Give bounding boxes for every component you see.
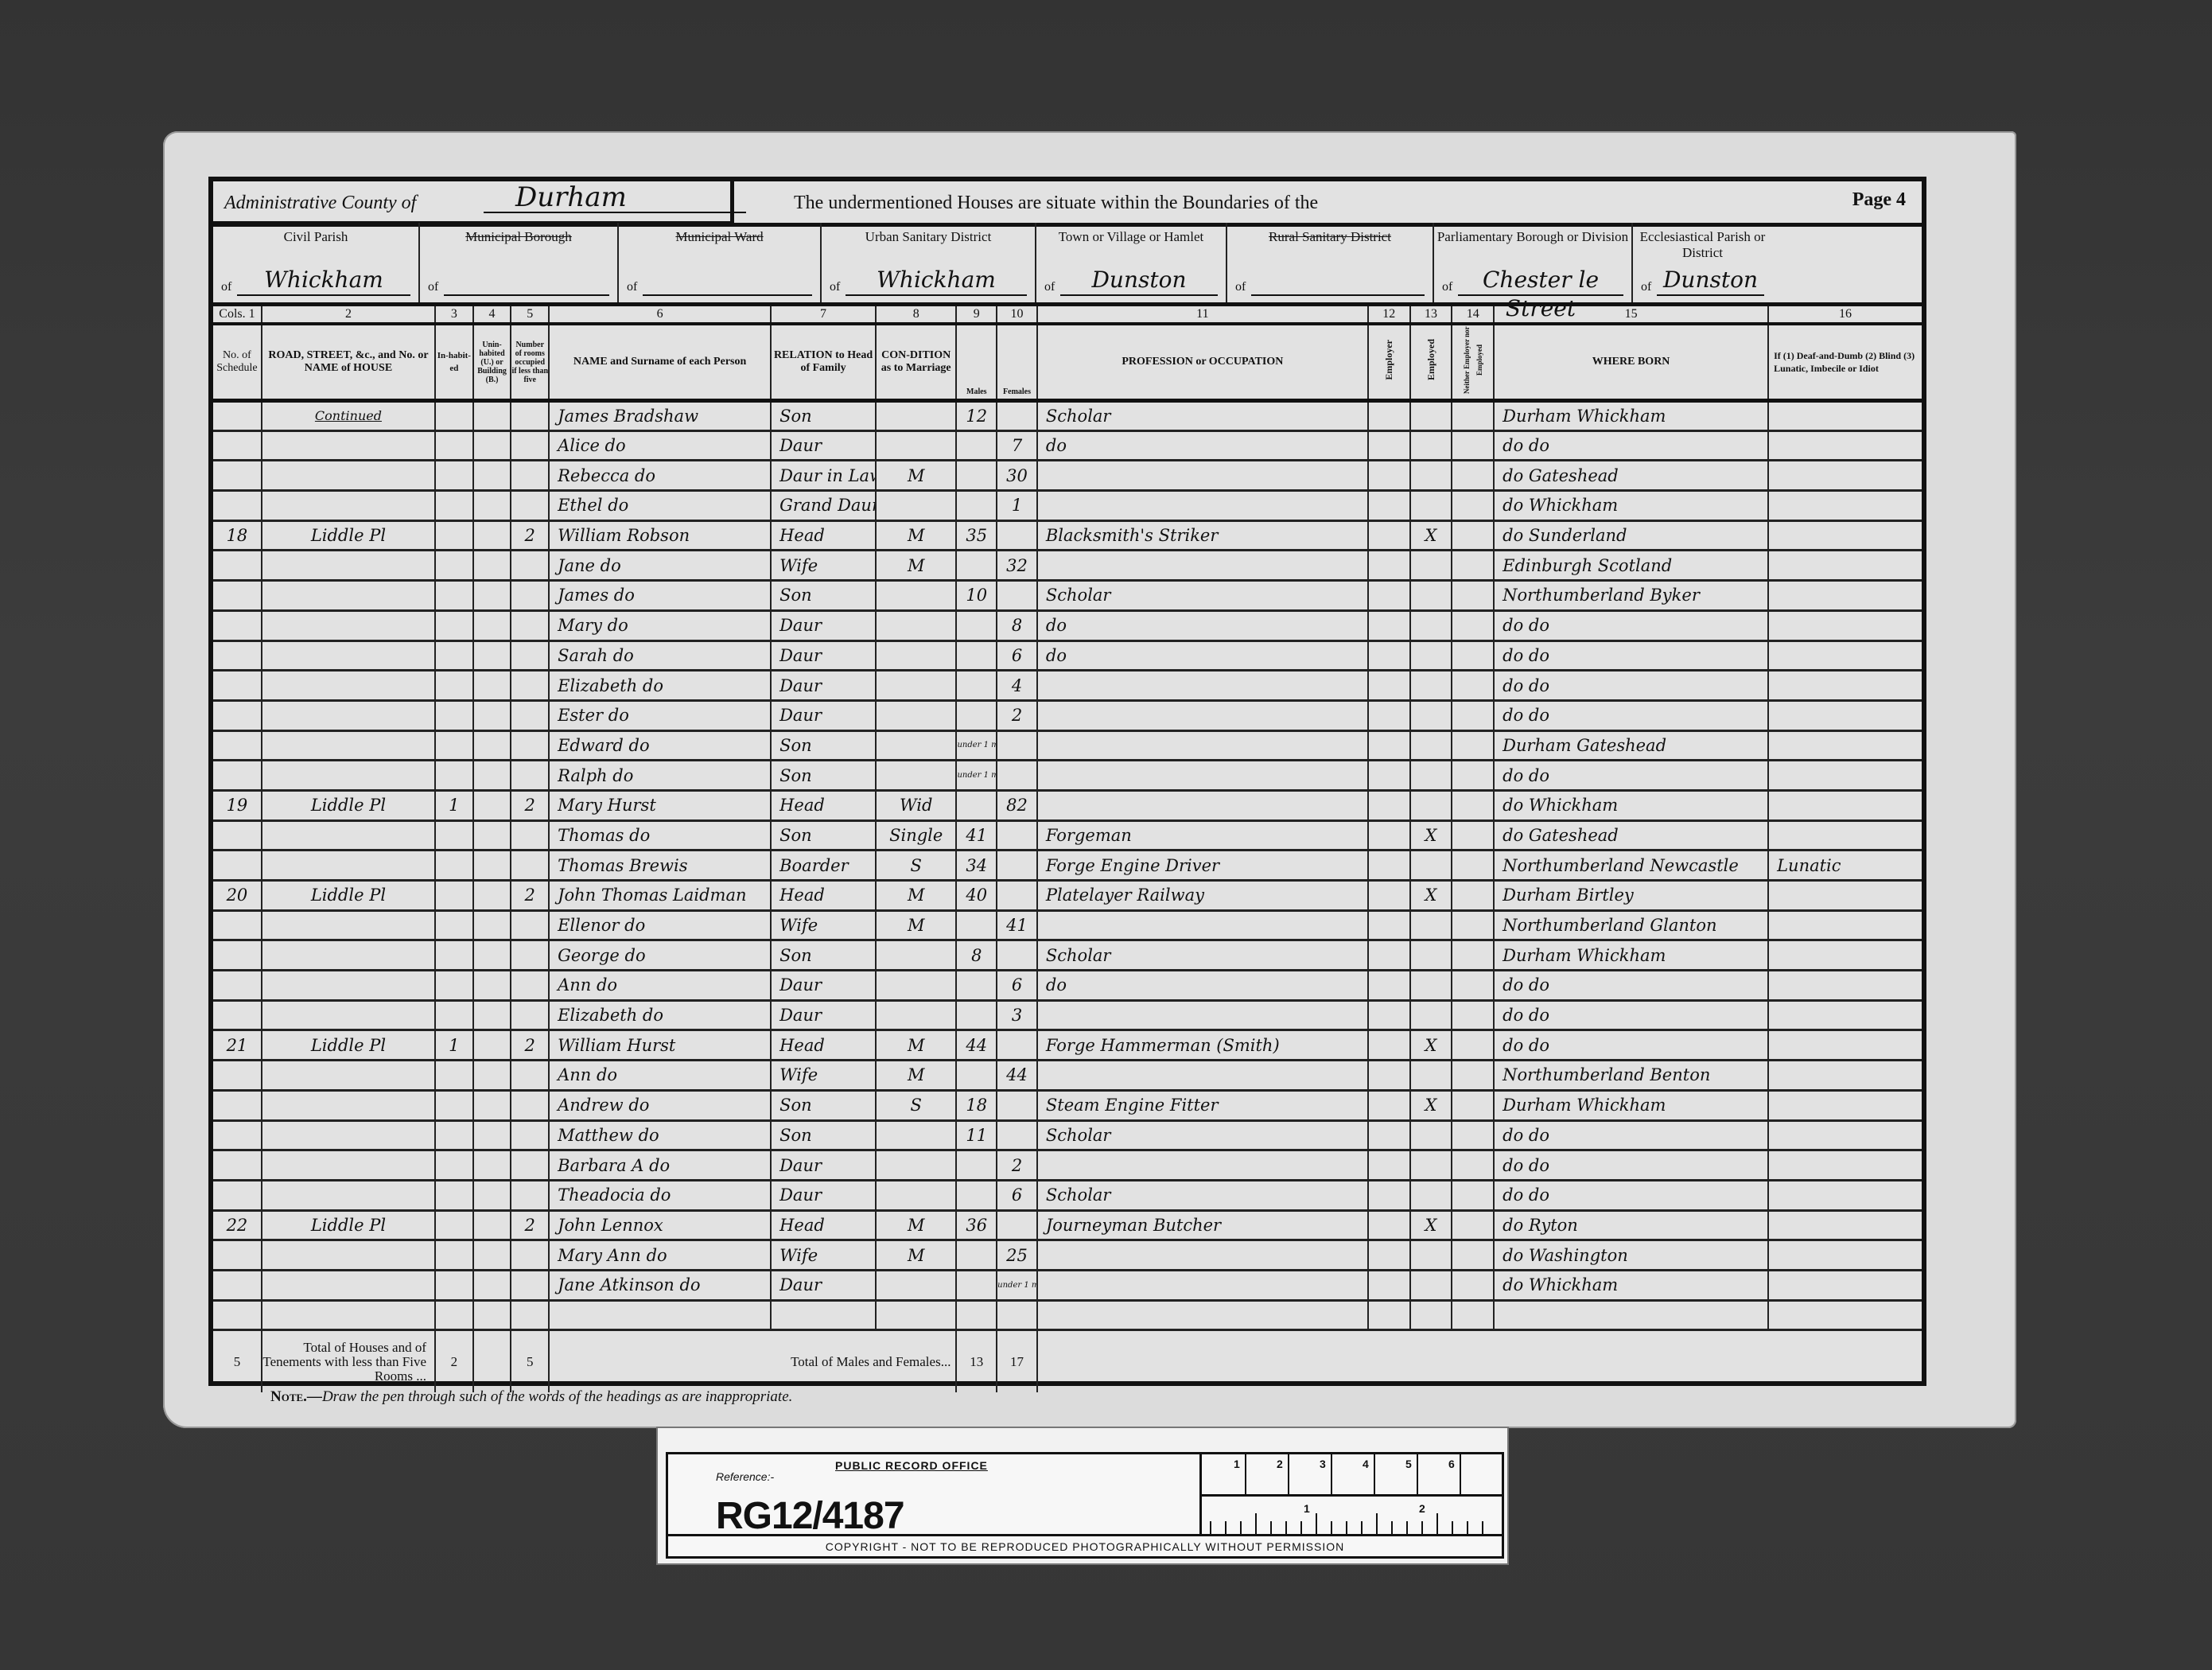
cell-condition xyxy=(876,401,956,431)
ruler-tick xyxy=(1421,1521,1423,1534)
cell-uninh xyxy=(473,671,511,701)
reference-label: Reference:- xyxy=(716,1470,774,1483)
ruler-cm-label: 4 xyxy=(1363,1458,1369,1470)
cell-rooms xyxy=(511,461,549,491)
division-of: of xyxy=(1235,280,1246,294)
cell-born: do do xyxy=(1494,671,1768,701)
cell-relation: Head xyxy=(771,1030,876,1061)
cell-employer xyxy=(1368,1000,1410,1030)
cell-uninh xyxy=(473,520,511,551)
cell-relation: Daur xyxy=(771,640,876,671)
heading-employer-text: Employer xyxy=(1382,340,1395,380)
cell-name: Elizabeth do xyxy=(549,1000,771,1030)
cell-employer xyxy=(1368,1270,1410,1300)
cell-inh xyxy=(435,491,473,521)
cell-infirmity xyxy=(1768,1030,1922,1061)
cell-female-age xyxy=(997,1300,1037,1330)
cell-employed xyxy=(1410,1270,1452,1300)
cell-male-age xyxy=(956,790,997,820)
cell-neither xyxy=(1452,881,1494,911)
table-row: Ester doDaur2do do xyxy=(213,700,1922,730)
total-uninhabited xyxy=(473,1330,511,1392)
cell-female-age xyxy=(997,581,1037,611)
cell-employer xyxy=(1368,790,1410,820)
cell-rooms: 2 xyxy=(511,790,549,820)
ruler-tick xyxy=(1240,1521,1242,1534)
cell-relation: Head xyxy=(771,1210,876,1240)
cell-inh xyxy=(435,881,473,911)
cell-uninh xyxy=(473,430,511,461)
cell-occupation xyxy=(1037,761,1368,791)
cell-address: Continued xyxy=(262,401,435,431)
cell-name: Ann do xyxy=(549,1061,771,1091)
boundaries-text: The undermentioned Houses are situate wi… xyxy=(794,193,1318,214)
cell-name: John Lennox xyxy=(549,1210,771,1240)
cell-condition xyxy=(876,1270,956,1300)
cell-inh xyxy=(435,971,473,1001)
cell-born: Northumberland Glanton xyxy=(1494,910,1768,940)
cell-rooms xyxy=(511,640,549,671)
cell-condition xyxy=(876,491,956,521)
cell-born: Durham Gateshead xyxy=(1494,730,1768,761)
cell-address: Liddle Pl xyxy=(262,520,435,551)
cell-employer xyxy=(1368,1120,1410,1150)
cell-address: Liddle Pl xyxy=(262,790,435,820)
cell-employed xyxy=(1410,491,1452,521)
cell-address xyxy=(262,581,435,611)
ruler-tick xyxy=(1285,1521,1287,1534)
cell-infirmity xyxy=(1768,1270,1922,1300)
cell-relation: Boarder xyxy=(771,851,876,881)
cell-female-age: 82 xyxy=(997,790,1037,820)
cell-neither xyxy=(1452,520,1494,551)
cell-schedule: 19 xyxy=(213,790,262,820)
table-row: Jane doWifeM32Edinburgh Scotland xyxy=(213,551,1922,581)
cell-employer xyxy=(1368,1210,1410,1240)
cell-born: do Whickham xyxy=(1494,491,1768,521)
heading-born: WHERE BORN xyxy=(1494,324,1768,401)
ruler-inch-label: 2 xyxy=(1419,1502,1425,1515)
cell-employer xyxy=(1368,1180,1410,1210)
cell-employed xyxy=(1410,790,1452,820)
cell-address xyxy=(262,1000,435,1030)
cell-infirmity xyxy=(1768,761,1922,791)
cell-uninh xyxy=(473,1000,511,1030)
cell-uninh xyxy=(473,401,511,431)
cell-employed xyxy=(1410,940,1452,971)
cell-male-age: 8 xyxy=(956,940,997,971)
colnum-8: 8 xyxy=(876,306,956,324)
table-row: 19Liddle Pl12Mary HurstHeadWid82do Whick… xyxy=(213,790,1922,820)
cell-male-age: 34 xyxy=(956,851,997,881)
table-row: Alice doDaur7dodo do xyxy=(213,430,1922,461)
cell-condition xyxy=(876,640,956,671)
heading-neither-text: Neither Employer nor Employed xyxy=(1460,325,1486,395)
cell-occupation: Scholar xyxy=(1037,581,1368,611)
table-row: Andrew doSonS18Steam Engine FitterXDurha… xyxy=(213,1090,1922,1120)
cell-inh xyxy=(435,640,473,671)
cell-infirmity xyxy=(1768,940,1922,971)
cell-inh xyxy=(435,851,473,881)
cell-occupation: Journeyman Butcher xyxy=(1037,1210,1368,1240)
cell-schedule xyxy=(213,1300,262,1330)
cell-inh xyxy=(435,1180,473,1210)
cell-infirmity xyxy=(1768,1090,1922,1120)
cell-relation: Son xyxy=(771,401,876,431)
cell-relation: Grand Daur xyxy=(771,491,876,521)
heading-condition: CON-DITION as to Marriage xyxy=(876,324,956,401)
colnum-7: 7 xyxy=(771,306,876,324)
cell-inh xyxy=(435,401,473,431)
cell-relation: Wife xyxy=(771,551,876,581)
ruler-cm-label: 3 xyxy=(1320,1458,1326,1470)
division-title: Civil Parish xyxy=(213,229,418,245)
cell-rooms xyxy=(511,581,549,611)
cell-condition: Wid xyxy=(876,790,956,820)
colnum-11: 11 xyxy=(1037,306,1368,324)
cell-employer xyxy=(1368,730,1410,761)
cell-condition xyxy=(876,1150,956,1181)
cell-occupation xyxy=(1037,1300,1368,1330)
cell-infirmity xyxy=(1768,520,1922,551)
cell-rooms xyxy=(511,910,549,940)
cell-male-age xyxy=(956,461,997,491)
division-value: Dunston xyxy=(1657,266,1764,296)
cell-name: James Bradshaw xyxy=(549,401,771,431)
cell-relation: Daur xyxy=(771,1180,876,1210)
cell-female-age: 44 xyxy=(997,1061,1037,1091)
cell-inh xyxy=(435,1300,473,1330)
cell-name: Ralph do xyxy=(549,761,771,791)
division-value: Whickham xyxy=(237,266,410,296)
cell-employer xyxy=(1368,940,1410,971)
cell-condition: M xyxy=(876,881,956,911)
cell-occupation: Scholar xyxy=(1037,1120,1368,1150)
cell-schedule xyxy=(213,971,262,1001)
total-persons-label: Total of Males and Females... xyxy=(549,1330,956,1392)
cell-employer xyxy=(1368,491,1410,521)
cell-condition xyxy=(876,971,956,1001)
cell-schedule: 21 xyxy=(213,1030,262,1061)
cell-relation: Head xyxy=(771,881,876,911)
copyright-notice: COPYRIGHT - NOT TO BE REPRODUCED PHOTOGR… xyxy=(668,1534,1502,1557)
table-row: ContinuedJames BradshawSon12ScholarDurha… xyxy=(213,401,1922,431)
ruler-inch-label: 1 xyxy=(1304,1502,1310,1515)
cell-relation: Daur xyxy=(771,1000,876,1030)
cell-uninh xyxy=(473,940,511,971)
cell-relation: Head xyxy=(771,790,876,820)
cell-employer xyxy=(1368,1150,1410,1181)
cell-employer xyxy=(1368,910,1410,940)
cell-schedule xyxy=(213,820,262,851)
cell-rooms xyxy=(511,430,549,461)
cell-address: Liddle Pl xyxy=(262,1030,435,1061)
colnum-5: 5 xyxy=(511,306,549,324)
cell-born: do do xyxy=(1494,430,1768,461)
cell-address xyxy=(262,430,435,461)
cell-employer xyxy=(1368,551,1410,581)
cell-relation: Daur xyxy=(771,971,876,1001)
cell-female-age: 32 xyxy=(997,551,1037,581)
heading-uninhabited: Unin-habited (U.) or Building (B.) xyxy=(473,324,511,401)
cell-infirmity xyxy=(1768,671,1922,701)
cell-employed xyxy=(1410,640,1452,671)
division-0: Civil ParishofWhickham xyxy=(213,223,420,302)
cell-employer xyxy=(1368,1240,1410,1271)
cell-female-age: 30 xyxy=(997,461,1037,491)
cell-inh xyxy=(435,1120,473,1150)
cell-born: do do xyxy=(1494,1150,1768,1181)
cell-rooms: 2 xyxy=(511,1210,549,1240)
heading-employed: Employed xyxy=(1410,324,1452,401)
heading-inhabited: In-habit-ed xyxy=(435,324,473,401)
cell-female-age: 6 xyxy=(997,640,1037,671)
cell-female-age: 6 xyxy=(997,971,1037,1001)
cell-neither xyxy=(1452,1000,1494,1030)
cell-name: Mary Ann do xyxy=(549,1240,771,1271)
cell-employed: X xyxy=(1410,1210,1452,1240)
cell-schedule xyxy=(213,761,262,791)
cell-born: do do xyxy=(1494,700,1768,730)
ruler-cm-label: 5 xyxy=(1405,1458,1412,1470)
colnum-3: 3 xyxy=(435,306,473,324)
cell-condition xyxy=(876,1120,956,1150)
cell-address xyxy=(262,1120,435,1150)
cell-employed xyxy=(1410,730,1452,761)
division-value xyxy=(1251,266,1425,296)
colnum-4: 4 xyxy=(473,306,511,324)
table-row: Mary Ann doWifeM25do Washington xyxy=(213,1240,1922,1271)
cell-uninh xyxy=(473,971,511,1001)
cell-male-age: under 1 mo xyxy=(956,761,997,791)
cell-neither xyxy=(1452,1061,1494,1091)
cell-female-age xyxy=(997,1120,1037,1150)
cell-employed xyxy=(1410,1120,1452,1150)
cell-relation: Son xyxy=(771,820,876,851)
cell-rooms xyxy=(511,971,549,1001)
division-of: of xyxy=(221,280,231,294)
cell-relation: Daur xyxy=(771,700,876,730)
cell-infirmity xyxy=(1768,430,1922,461)
cell-occupation xyxy=(1037,1150,1368,1181)
cell-inh xyxy=(435,610,473,640)
cell-condition: M xyxy=(876,1240,956,1271)
cell-female-age: 41 xyxy=(997,910,1037,940)
cell-name: John Thomas Laidman xyxy=(549,881,771,911)
division-of: of xyxy=(627,280,637,294)
table-row xyxy=(213,1300,1922,1330)
division-of: of xyxy=(1641,280,1651,294)
cell-female-age: 8 xyxy=(997,610,1037,640)
table-row: Ann doDaur6dodo do xyxy=(213,971,1922,1001)
cell-occupation xyxy=(1037,700,1368,730)
cell-occupation xyxy=(1037,1270,1368,1300)
cell-employed xyxy=(1410,610,1452,640)
table-row: 21Liddle Pl12William HurstHeadM44Forge H… xyxy=(213,1030,1922,1061)
division-3: Urban Sanitary DistrictofWhickham xyxy=(822,223,1036,302)
cell-occupation: Blacksmith's Striker xyxy=(1037,520,1368,551)
cell-name: Edward do xyxy=(549,730,771,761)
division-value: Whickham xyxy=(846,266,1027,296)
cell-relation: Wife xyxy=(771,910,876,940)
cell-infirmity xyxy=(1768,491,1922,521)
cell-employed xyxy=(1410,1240,1452,1271)
cell-infirmity xyxy=(1768,640,1922,671)
scale-ruler: 12345612 xyxy=(1199,1454,1503,1534)
cell-male-age: under 1 mo xyxy=(956,730,997,761)
cell-female-age xyxy=(997,401,1037,431)
division-of: of xyxy=(1442,280,1452,294)
cell-born: do do xyxy=(1494,971,1768,1001)
cell-relation: Daur xyxy=(771,610,876,640)
cell-born: do Gateshead xyxy=(1494,820,1768,851)
cell-rooms xyxy=(511,1150,549,1181)
cell-neither xyxy=(1452,640,1494,671)
cell-inh xyxy=(435,910,473,940)
cell-infirmity xyxy=(1768,820,1922,851)
cell-condition xyxy=(876,730,956,761)
form-header: Administrative County of Durham The unde… xyxy=(213,181,1922,227)
cell-female-age: 3 xyxy=(997,1000,1037,1030)
heading-infirmity: If (1) Deaf-and-Dumb (2) Blind (3) Lunat… xyxy=(1768,324,1922,401)
cell-uninh xyxy=(473,1061,511,1091)
cell-neither xyxy=(1452,1090,1494,1120)
cell-address xyxy=(262,1180,435,1210)
cell-uninh xyxy=(473,881,511,911)
cell-occupation xyxy=(1037,730,1368,761)
cell-female-age: 25 xyxy=(997,1240,1037,1271)
table-row: Thomas doSonSingle41ForgemanXdo Gateshea… xyxy=(213,820,1922,851)
cell-schedule xyxy=(213,1090,262,1120)
reference-code: RG12/4187 xyxy=(716,1494,904,1538)
cell-relation: Daur xyxy=(771,1150,876,1181)
colnum-6: 6 xyxy=(549,306,771,324)
division-6: Parliamentary Borough or DivisionofChest… xyxy=(1434,223,1633,302)
census-form: Administrative County of Durham The unde… xyxy=(208,177,1926,1386)
division-value xyxy=(444,266,609,296)
cell-rooms xyxy=(511,671,549,701)
cell-condition: M xyxy=(876,1061,956,1091)
heading-name: NAME and Surname of each Person xyxy=(549,324,771,401)
cell-uninh xyxy=(473,461,511,491)
table-row: Ralph doSonunder 1 modo do xyxy=(213,761,1922,791)
cell-uninh xyxy=(473,1210,511,1240)
ruler-cm-label: 1 xyxy=(1234,1458,1240,1470)
cell-condition xyxy=(876,761,956,791)
total-males: 13 xyxy=(956,1330,997,1392)
cell-uninh xyxy=(473,1090,511,1120)
cell-born: do do xyxy=(1494,1180,1768,1210)
cell-schedule xyxy=(213,610,262,640)
total-houses-label: Total of Houses and of Tenements with le… xyxy=(262,1330,435,1392)
cell-condition xyxy=(876,430,956,461)
cell-schedule xyxy=(213,1150,262,1181)
cell-occupation xyxy=(1037,1061,1368,1091)
cell-female-age: 4 xyxy=(997,671,1037,701)
cell-employer xyxy=(1368,430,1410,461)
ruler-tick xyxy=(1346,1521,1347,1534)
cell-infirmity: Lunatic xyxy=(1768,851,1922,881)
cell-relation: Son xyxy=(771,1090,876,1120)
cell-neither xyxy=(1452,671,1494,701)
cell-inh xyxy=(435,1000,473,1030)
cell-neither xyxy=(1452,820,1494,851)
cell-infirmity xyxy=(1768,401,1922,431)
cell-employed xyxy=(1410,971,1452,1001)
cell-employed: X xyxy=(1410,820,1452,851)
cell-female-age xyxy=(997,1030,1037,1061)
cell-employer xyxy=(1368,851,1410,881)
cell-infirmity xyxy=(1768,1210,1922,1240)
cell-born: Durham Whickham xyxy=(1494,940,1768,971)
cell-employer xyxy=(1368,461,1410,491)
cell-born: Durham Birtley xyxy=(1494,881,1768,911)
cell-name: Ethel do xyxy=(549,491,771,521)
heading-rooms: Number of rooms occupied if less than fi… xyxy=(511,324,549,401)
cell-occupation xyxy=(1037,910,1368,940)
cell-neither xyxy=(1452,700,1494,730)
cell-infirmity xyxy=(1768,1061,1922,1091)
heading-occupation: PROFESSION or OCCUPATION xyxy=(1037,324,1368,401)
cell-female-age xyxy=(997,881,1037,911)
cell-infirmity xyxy=(1768,1240,1922,1271)
cell-born xyxy=(1494,1300,1768,1330)
cell-born: do do xyxy=(1494,761,1768,791)
cell-address: Liddle Pl xyxy=(262,881,435,911)
column-number-row: Cols. 1 2 3 4 5 6 7 8 9 10 11 12 13 14 1… xyxy=(213,306,1922,324)
table-row: Ann doWifeM44Northumberland Benton xyxy=(213,1061,1922,1091)
cell-occupation: Forge Hammerman (Smith) xyxy=(1037,1030,1368,1061)
cell-name: Mary Hurst xyxy=(549,790,771,820)
cell-employer xyxy=(1368,610,1410,640)
cell-name: Matthew do xyxy=(549,1120,771,1150)
cell-male-age xyxy=(956,671,997,701)
cell-occupation xyxy=(1037,551,1368,581)
cell-born: Northumberland Newcastle xyxy=(1494,851,1768,881)
cell-born: Edinburgh Scotland xyxy=(1494,551,1768,581)
cell-born: do do xyxy=(1494,1030,1768,1061)
cell-uninh xyxy=(473,700,511,730)
cell-female-age: 6 xyxy=(997,1180,1037,1210)
cell-address xyxy=(262,640,435,671)
cell-rooms xyxy=(511,1300,549,1330)
cell-relation: Son xyxy=(771,581,876,611)
cell-employer xyxy=(1368,671,1410,701)
cell-rooms xyxy=(511,730,549,761)
cell-address xyxy=(262,1300,435,1330)
cell-infirmity xyxy=(1768,910,1922,940)
division-5: Rural Sanitary Districtof xyxy=(1227,223,1434,302)
cell-inh xyxy=(435,700,473,730)
reference-card: PUBLIC RECORD OFFICE Reference:- RG12/41… xyxy=(656,1427,1509,1565)
cell-occupation: Forgeman xyxy=(1037,820,1368,851)
division-of: of xyxy=(428,280,438,294)
cell-inh xyxy=(435,730,473,761)
cell-uninh xyxy=(473,820,511,851)
column-heading-row: No. of Schedule ROAD, STREET, &c., and N… xyxy=(213,324,1922,401)
cell-employed: X xyxy=(1410,1030,1452,1061)
cell-name: Alice do xyxy=(549,430,771,461)
cell-condition xyxy=(876,700,956,730)
ruler-tick xyxy=(1331,1521,1332,1534)
ruler-tick xyxy=(1361,1521,1363,1534)
cell-name: Rebecca do xyxy=(549,461,771,491)
census-rows: ContinuedJames BradshawSon12ScholarDurha… xyxy=(213,401,1922,1330)
total-houses: 2 xyxy=(435,1330,473,1392)
cell-occupation xyxy=(1037,790,1368,820)
cell-uninh xyxy=(473,551,511,581)
cell-born: do Whickham xyxy=(1494,790,1768,820)
